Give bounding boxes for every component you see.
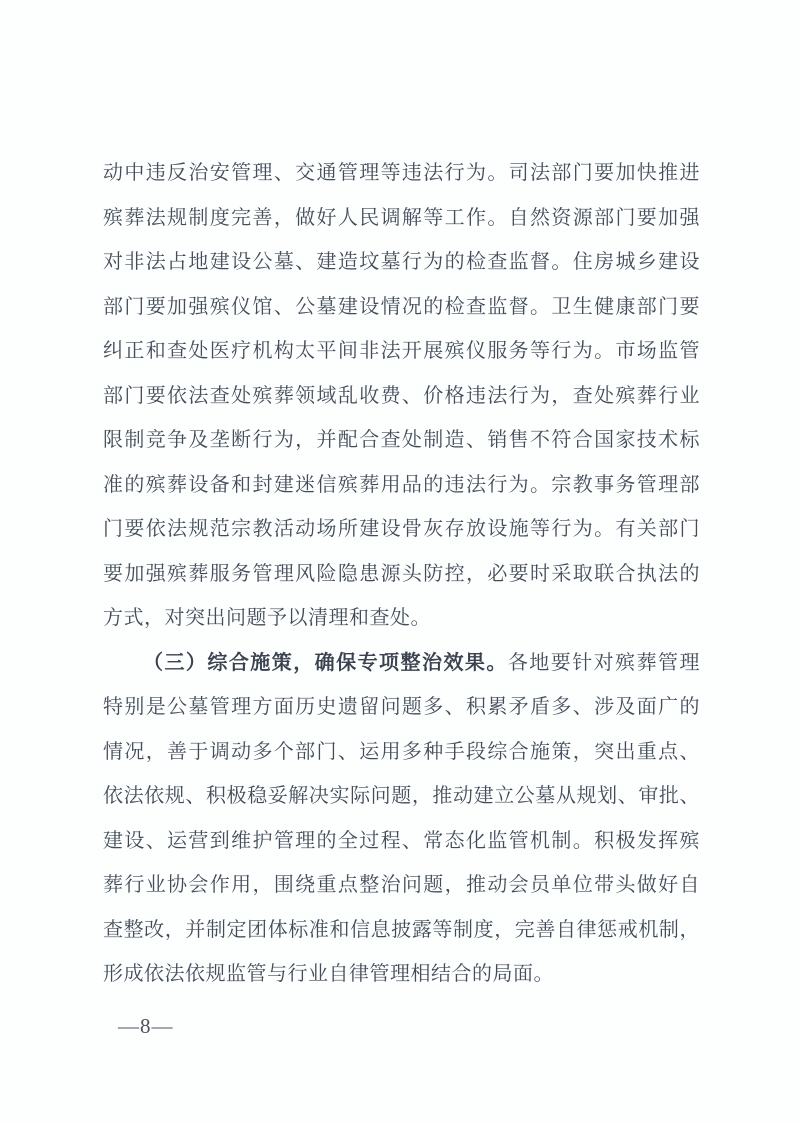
section-heading-bold: （三）综合施策，确保专项整治效果。 <box>143 652 508 674</box>
text-line: 部门要加强殡仪馆、公墓建设情况的检查监督。卫生健康部门要 <box>103 285 700 330</box>
section-heading-rest: 各地要针对殡葬管理 <box>508 652 700 674</box>
text-line: 方式，对突出问题予以清理和查处。 <box>103 596 700 641</box>
text-line: 部门要依法查处殡葬领域乱收费、价格违法行为，查处殡葬行业 <box>103 374 700 419</box>
text-line: 要加强殡葬服务管理风险隐患源头防控，必要时采取联合执法的 <box>103 552 700 597</box>
text-line: 形成依法依规监管与行业自律管理相结合的局面。 <box>103 952 700 997</box>
text-line: 建设、运营到维护管理的全过程、常态化监管机制。积极发挥殡 <box>103 819 700 864</box>
text-line: 特别是公墓管理方面历史遗留问题多、积累矛盾多、涉及面广的 <box>103 685 700 730</box>
text-line: 查整改，并制定团体标准和信息披露等制度，完善自律惩戒机制， <box>103 908 700 953</box>
text-line: 依法依规、积极稳妥解决实际问题，推动建立公墓从规划、审批、 <box>103 774 700 819</box>
text-line: 限制竞争及垄断行为，并配合查处制造、销售不符合国家技术标 <box>103 418 700 463</box>
text-line: 动中违反治安管理、交通管理等违法行为。司法部门要加快推进 <box>103 151 700 196</box>
text-line: 对非法占地建设公墓、建造坟墓行为的检查监督。住房城乡建设 <box>103 240 700 285</box>
text-line: 情况，善于调动多个部门、运用多种手段综合施策，突出重点、 <box>103 730 700 775</box>
page-number: —8— <box>118 1013 174 1039</box>
text-line: 准的殡葬设备和封建迷信殡葬用品的违法行为。宗教事务管理部 <box>103 463 700 508</box>
text-line: 纠正和查处医疗机构太平间非法开展殡仪服务等行为。市场监管 <box>103 329 700 374</box>
document-page: 动中违反治安管理、交通管理等违法行为。司法部门要加快推进 殡葬法规制度完善，做好… <box>0 0 801 1123</box>
text-line: 殡葬法规制度完善，做好人民调解等工作。自然资源部门要加强 <box>103 196 700 241</box>
text-line: 门要依法规范宗教活动场所建设骨灰存放设施等行为。有关部门 <box>103 507 700 552</box>
text-line: 葬行业协会作用，围绕重点整治问题，推动会员单位带头做好自 <box>103 863 700 908</box>
text-line-section-heading: （三）综合施策，确保专项整治效果。各地要针对殡葬管理 <box>103 641 700 686</box>
document-body: 动中违反治安管理、交通管理等违法行为。司法部门要加快推进 殡葬法规制度完善，做好… <box>103 151 700 997</box>
